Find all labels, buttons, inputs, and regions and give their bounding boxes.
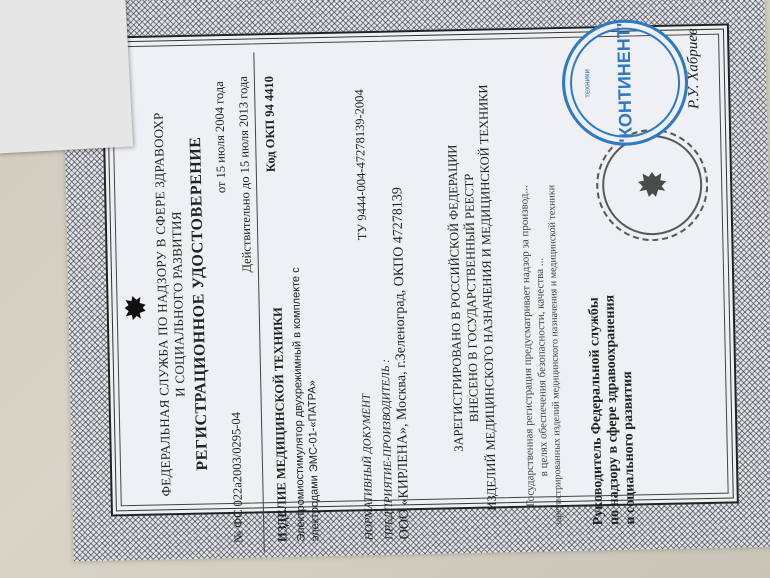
double-headed-eagle-icon xyxy=(118,291,153,326)
product-name-line1: Электромиостимулятор двухрежимный в комп… xyxy=(290,267,308,541)
signature: Р.У. Хабриев xyxy=(685,28,704,109)
product-label: ИЗДЕЛИЕ МЕДИЦИНСКОЙ ТЕХНИКИ xyxy=(271,307,291,542)
issue-date: от 15 июля 2004 года xyxy=(212,81,229,193)
seal-eagle-icon xyxy=(632,165,673,206)
norm-doc-label: НОРМАТИВНЫЙ ДОКУМЕНТ xyxy=(360,394,375,540)
stamp-subtitle: техники xyxy=(582,69,592,98)
stamp-company-name: "КОНТИНЕНТ" xyxy=(613,18,637,146)
certificate-sheet: ФЕДЕРАЛЬНАЯ СЛУЖБА ПО НАДЗОРУ В СФЕРЕ ЗД… xyxy=(62,0,770,561)
manufacturer-label: ПРЕДПРИЯТИЕ-ПРОИЗВОДИТЕЛЬ : xyxy=(380,359,396,540)
valid-until: Действительно до 15 июля 2013 года xyxy=(236,76,255,273)
signatory-title-line3: и социального развития xyxy=(620,371,639,525)
note-line1: Государственная регистрация предусматрив… xyxy=(518,185,537,507)
norm-doc-value: ТУ 9444-004-47278139-2004 xyxy=(352,89,370,240)
okp-code: Код ОКП 94 4410 xyxy=(262,76,279,172)
certificate-number: № ФС 022а2003/0295-04 xyxy=(229,412,247,543)
product-name-line2: электродами ЭМС-01-«ПАТРА» xyxy=(306,380,321,541)
overlapping-paper-sheet xyxy=(0,0,133,153)
